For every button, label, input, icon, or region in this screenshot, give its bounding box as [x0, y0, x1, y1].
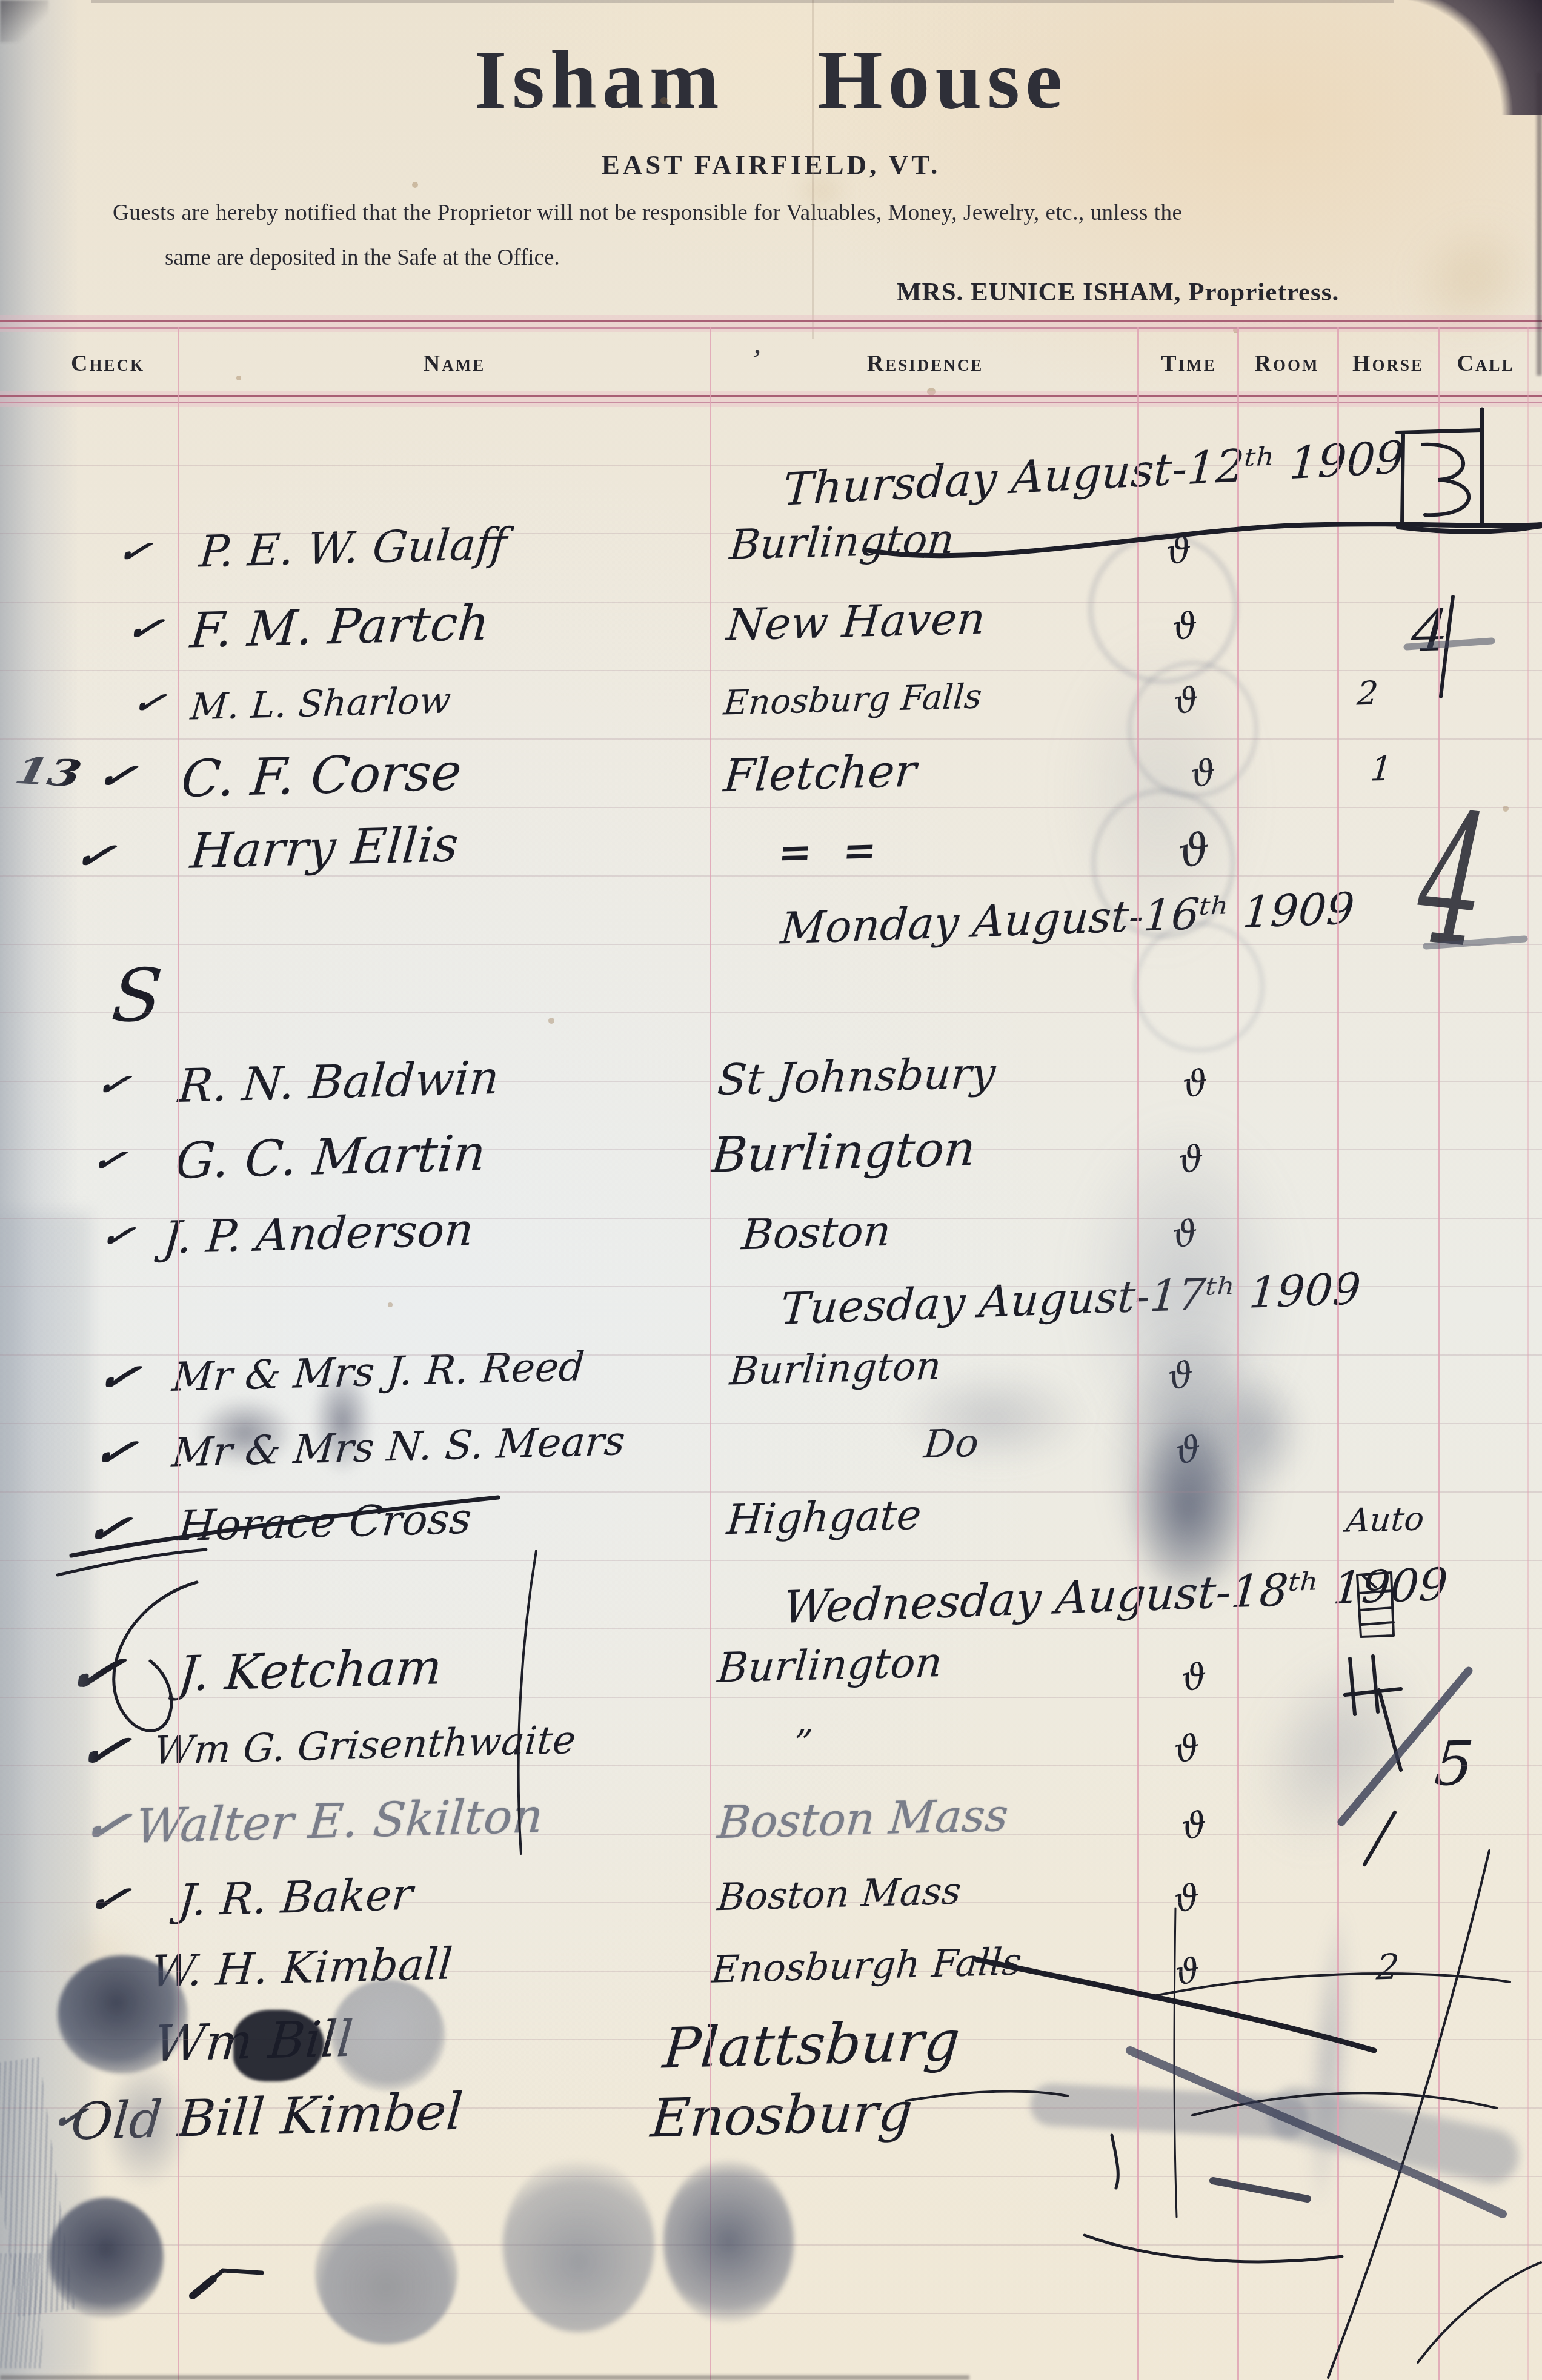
table-top-rule — [0, 327, 1542, 329]
column-header-horse: Horse — [1352, 350, 1424, 377]
column-line-room — [1337, 327, 1339, 2380]
page-corner-dark — [1384, 0, 1542, 115]
proprietor-line: MRS. EUNICE ISHAM, Proprietress. — [897, 277, 1339, 307]
row-ruling — [0, 465, 1542, 2315]
column-header-residence: Residence — [867, 350, 984, 377]
register-page: Isham House EAST FAIRFIELD, VT. Guests a… — [0, 0, 1542, 2380]
column-line-residence — [1137, 327, 1139, 2380]
page-edge — [91, 0, 1394, 3]
column-line-check — [178, 327, 179, 2380]
page-title: Isham House — [0, 31, 1542, 128]
header-bottom-rule — [0, 395, 1542, 397]
header-bottom-rule — [0, 402, 1542, 403]
column-line-right — [1527, 327, 1529, 2380]
pencil-scribble — [0, 2253, 42, 2368]
page-subtitle: EAST FAIRFIELD, VT. — [0, 149, 1542, 181]
foxing-dot — [660, 97, 668, 104]
notice-line: Guests are hereby notified that the Prop… — [113, 200, 1182, 226]
column-line-horse — [1438, 327, 1440, 2380]
column-header-call: Call — [1457, 350, 1515, 377]
column-line-name — [710, 327, 711, 2380]
page-corner-dark — [0, 0, 48, 42]
column-header-check: Check — [71, 350, 145, 377]
column-line-time — [1237, 327, 1239, 2380]
column-header-name: Name — [424, 350, 485, 377]
page-edge — [0, 2375, 969, 2380]
column-header-time: Time — [1161, 350, 1216, 377]
header-bottom-rule — [0, 391, 1542, 407]
table-top-rule — [0, 315, 1542, 332]
notice-line: same are deposited in the Safe at the Of… — [165, 245, 560, 271]
foxing-dot — [236, 376, 241, 380]
pen-mark: ’ — [746, 342, 764, 379]
column-header-room: Room — [1255, 350, 1320, 377]
foxing-dot — [412, 182, 418, 188]
table-top-rule — [0, 320, 1542, 322]
paper-crease — [812, 0, 814, 339]
page-edge — [1537, 73, 1542, 376]
